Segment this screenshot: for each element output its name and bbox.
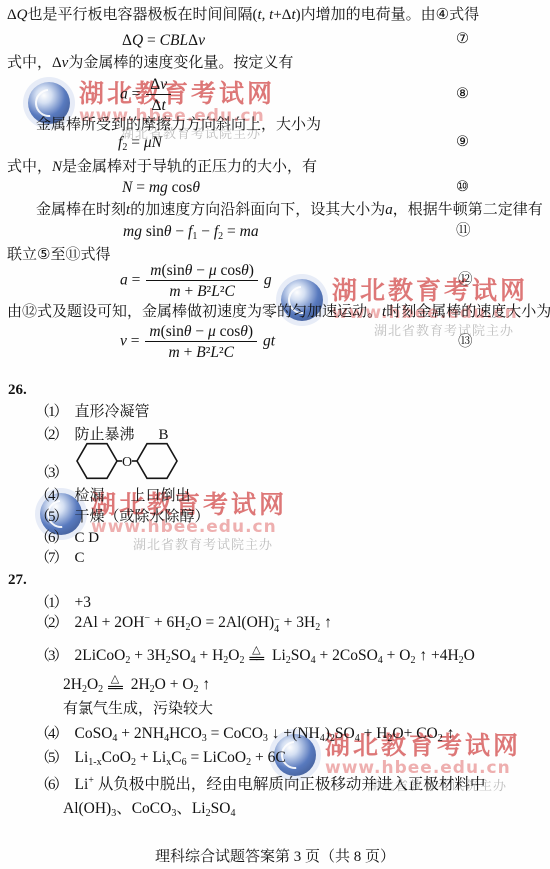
q27-answer-6-line2: Al(OH)3、CoCO3、Li2SO4	[63, 799, 235, 818]
physics-paragraph: 式中，N是金属棒对于导轨的正压力的大小，有	[7, 158, 317, 177]
item-label: （1）	[35, 594, 67, 613]
equation-8-number: ⑧	[456, 85, 469, 104]
item-text: C D	[75, 529, 100, 548]
item-label: （6）	[35, 529, 67, 548]
watermark-brand: 湖北教育考试网	[79, 82, 275, 107]
equation-9-number: ⑨	[456, 133, 469, 152]
watermark-org: 湖北省教育考试院主办	[133, 537, 287, 553]
item-label: （6）	[35, 776, 67, 795]
equation-9: f2 = μN	[118, 133, 162, 152]
q26-answer-6: （6） C D	[35, 529, 99, 548]
item-formula: Al(OH)3、CoCO3、Li2SO4	[63, 799, 235, 818]
q26-answer-5: （5） 干燥（或除水除醇）	[35, 508, 210, 527]
item-label: （2）	[35, 614, 67, 633]
dicyclohexyl-ether-structure: O	[75, 438, 179, 484]
item-text: 干燥（或除水除醇）	[75, 508, 210, 527]
physics-paragraph: 由⑫式及题设可知，金属棒做初速度为零的匀加速运动。t时刻金属棒的速度大小为	[7, 303, 550, 322]
equation-13-number: ⑬	[458, 333, 473, 352]
item-label: （1）	[35, 403, 67, 422]
equation-7: ΔQ = CBLΔv	[122, 31, 205, 50]
question-27-number: 27.	[8, 571, 27, 590]
page-footer: 理科综合试题答案第 3 页（共 8 页）	[0, 845, 550, 866]
item-label: （3）	[35, 647, 67, 666]
physics-paragraph: 联立⑤至⑪式得	[7, 246, 110, 265]
item-label: （4）	[35, 725, 67, 744]
watermark-brand: 湖北教育考试网	[332, 279, 528, 304]
equation-12-number: ⑫	[458, 271, 473, 290]
item-label: （3）	[35, 464, 67, 484]
ether-oxygen-label: O	[121, 455, 131, 470]
equation-10-number: ⑩	[456, 178, 469, 197]
q27-answer-3-note: 有氯气生成，污染较大	[63, 700, 213, 719]
q26-answer-7: （7） C	[35, 549, 85, 568]
q27-answer-5: （5） Li1-xCoO2 + LixC6 = LiCoO2 + 6C	[35, 748, 286, 768]
physics-paragraph: ΔQ也是平行板电容器极板在时间间隔(t, t+Δt)内增加的电荷量。由④式得	[7, 6, 479, 25]
watermark-org: 湖北省教育考试院主办	[374, 323, 528, 339]
item-formula: Li+ 从负极中脱出，经由电解质向正极移动并进入正极材料中	[75, 775, 486, 794]
answer-sheet-page: 湖北教育考试网 www.hbee.edu.cn 湖北省教育考试院主办 湖北教育考…	[0, 0, 550, 869]
item-label: （4）	[35, 487, 67, 506]
item-text: 检漏	[75, 487, 105, 506]
item-label: （5）	[35, 749, 67, 768]
q27-answer-3-line2: 2H2O2△══ 2H2O + O2 ↑	[63, 673, 210, 694]
item-formula: CoSO4 + 2NH4HCO3 = CoCO3 ↓ +(NH4)2SO4 + …	[75, 724, 455, 743]
item-label: （7）	[35, 549, 67, 568]
item-formula: +3	[75, 593, 92, 612]
equation-12: a = m(sinθ − μ cosθ)m + B²L²C g	[120, 262, 272, 300]
item-formula: 2H2O2△══ 2H2O + O2 ↑	[63, 673, 210, 694]
q26-answer-3: （3） O	[35, 438, 179, 484]
q27-answer-6: （6） Li+ 从负极中脱出，经由电解质向正极移动并进入正极材料中	[35, 775, 485, 795]
item-formula: 2LiCoO2 + 3H2SO4 + H2O2△══ Li2SO4 + 2CoS…	[75, 644, 475, 665]
equation-10: N = mg cosθ	[122, 178, 200, 197]
equation-11: mg sinθ − f1 − f2 = ma	[123, 222, 259, 241]
equation-7-number: ⑦	[456, 30, 469, 49]
physics-paragraph: 金属棒在时刻t的加速度方向沿斜面向下，设其大小为a，根据牛顿第二定律有	[36, 201, 543, 220]
q26-answer-1: （1） 直形冷凝管	[35, 403, 150, 422]
physics-paragraph: 式中，Δv为金属棒的速度变化量。按定义有	[7, 54, 293, 73]
item-formula: 2Al + 2OH− + 6H2O = 2Al(OH)−4 + 3H2 ↑	[75, 613, 332, 634]
q27-answer-2: （2） 2Al + 2OH− + 6H2O = 2Al(OH)−4 + 3H2 …	[35, 613, 332, 634]
equation-11-number: ⑪	[456, 222, 471, 241]
question-26-number: 26.	[8, 381, 27, 400]
equation-13: v = m(sinθ − μ cosθ)m + B²L²C gt	[120, 323, 275, 361]
item-label: （5）	[35, 508, 67, 527]
q27-answer-3: （3） 2LiCoO2 + 3H2SO4 + H2O2△══ Li2SO4 + …	[35, 644, 475, 666]
equation-8: a = ΔvΔt	[120, 76, 173, 114]
q26-answer-4: （4） 检漏 上口倒出	[35, 487, 191, 506]
item-extra: 上口倒出	[131, 487, 191, 506]
q27-answer-4: （4） CoSO4 + 2NH4HCO3 = CoCO3 ↓ +(NH4)2SO…	[35, 724, 454, 744]
item-text: C	[75, 549, 85, 568]
q27-answer-1: （1） +3	[35, 593, 91, 613]
item-formula: Li1-xCoO2 + LixC6 = LiCoO2 + 6C	[75, 748, 286, 767]
item-text: 直形冷凝管	[75, 403, 150, 422]
physics-paragraph: 金属棒所受到的摩擦力方向斜向上，大小为	[36, 116, 321, 135]
